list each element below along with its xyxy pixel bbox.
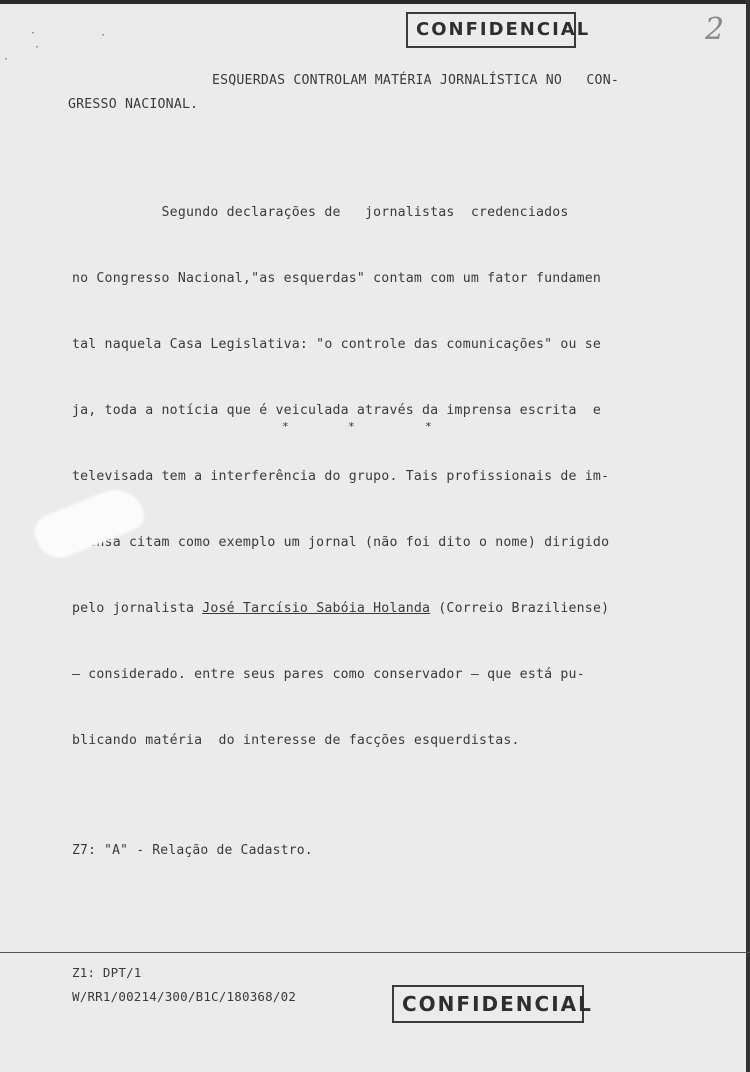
paragraph-line: Segundo declarações de jornalistas crede… xyxy=(72,202,609,224)
confidential-stamp-bottom: CONFIDENCIAL xyxy=(392,985,584,1023)
separator-star: * xyxy=(425,420,432,433)
scan-speck: · xyxy=(30,28,36,39)
section-separator: * * * xyxy=(0,420,750,440)
separator-star: * xyxy=(282,420,289,433)
document-page: · · · · CONFIDENCIAL 2 ESQUERDAS CONTROL… xyxy=(0,0,750,1072)
document-title-line-2: GRESSO NACIONAL. xyxy=(68,94,198,116)
separator-star: * xyxy=(348,420,355,433)
scan-right-edge xyxy=(746,0,750,1072)
footer-distribution: Z1: DPT/1 xyxy=(72,962,142,984)
footer-divider xyxy=(0,952,750,953)
document-title-line-1: ESQUERDAS CONTROLAM MATÉRIA JORNALÍSTICA… xyxy=(212,70,619,92)
paragraph-line: blicando matéria do interesse de facções… xyxy=(72,730,609,752)
paragraph-line: no Congresso Nacional,"as esquerdas" con… xyxy=(72,268,609,290)
confidential-stamp-top: CONFIDENCIAL xyxy=(406,12,576,48)
scan-top-edge xyxy=(0,0,750,4)
paragraph-line: televisada tem a interferência do grupo.… xyxy=(72,466,609,488)
underlined-name: José Tarcísio Sabóia Holanda xyxy=(202,601,430,616)
body-paragraph: Segundo declarações de jornalistas crede… xyxy=(72,158,609,796)
line-prefix: pelo jornalista xyxy=(72,601,202,616)
paragraph-line: ja, toda a notícia que é veiculada atrav… xyxy=(72,400,609,422)
line-suffix: (Correio Braziliense) xyxy=(430,601,609,616)
paragraph-line: tal naquela Casa Legislativa: "o control… xyxy=(72,334,609,356)
reference-note: Z7: "A" - Relação de Cadastro. xyxy=(72,840,313,862)
paragraph-line: — considerado. entre seus pares como con… xyxy=(72,664,609,686)
paragraph-line: prensa citam como exemplo um jornal (não… xyxy=(72,532,609,554)
scan-speck: · xyxy=(100,30,106,41)
footer-reference-code: W/RR1/00214/300/B1C/180368/02 xyxy=(72,986,296,1008)
paragraph-line: pelo jornalista José Tarcísio Sabóia Hol… xyxy=(72,598,609,620)
page-number: 2 xyxy=(705,12,724,47)
scan-speck: · xyxy=(3,54,9,65)
scan-speck: · xyxy=(34,42,40,53)
